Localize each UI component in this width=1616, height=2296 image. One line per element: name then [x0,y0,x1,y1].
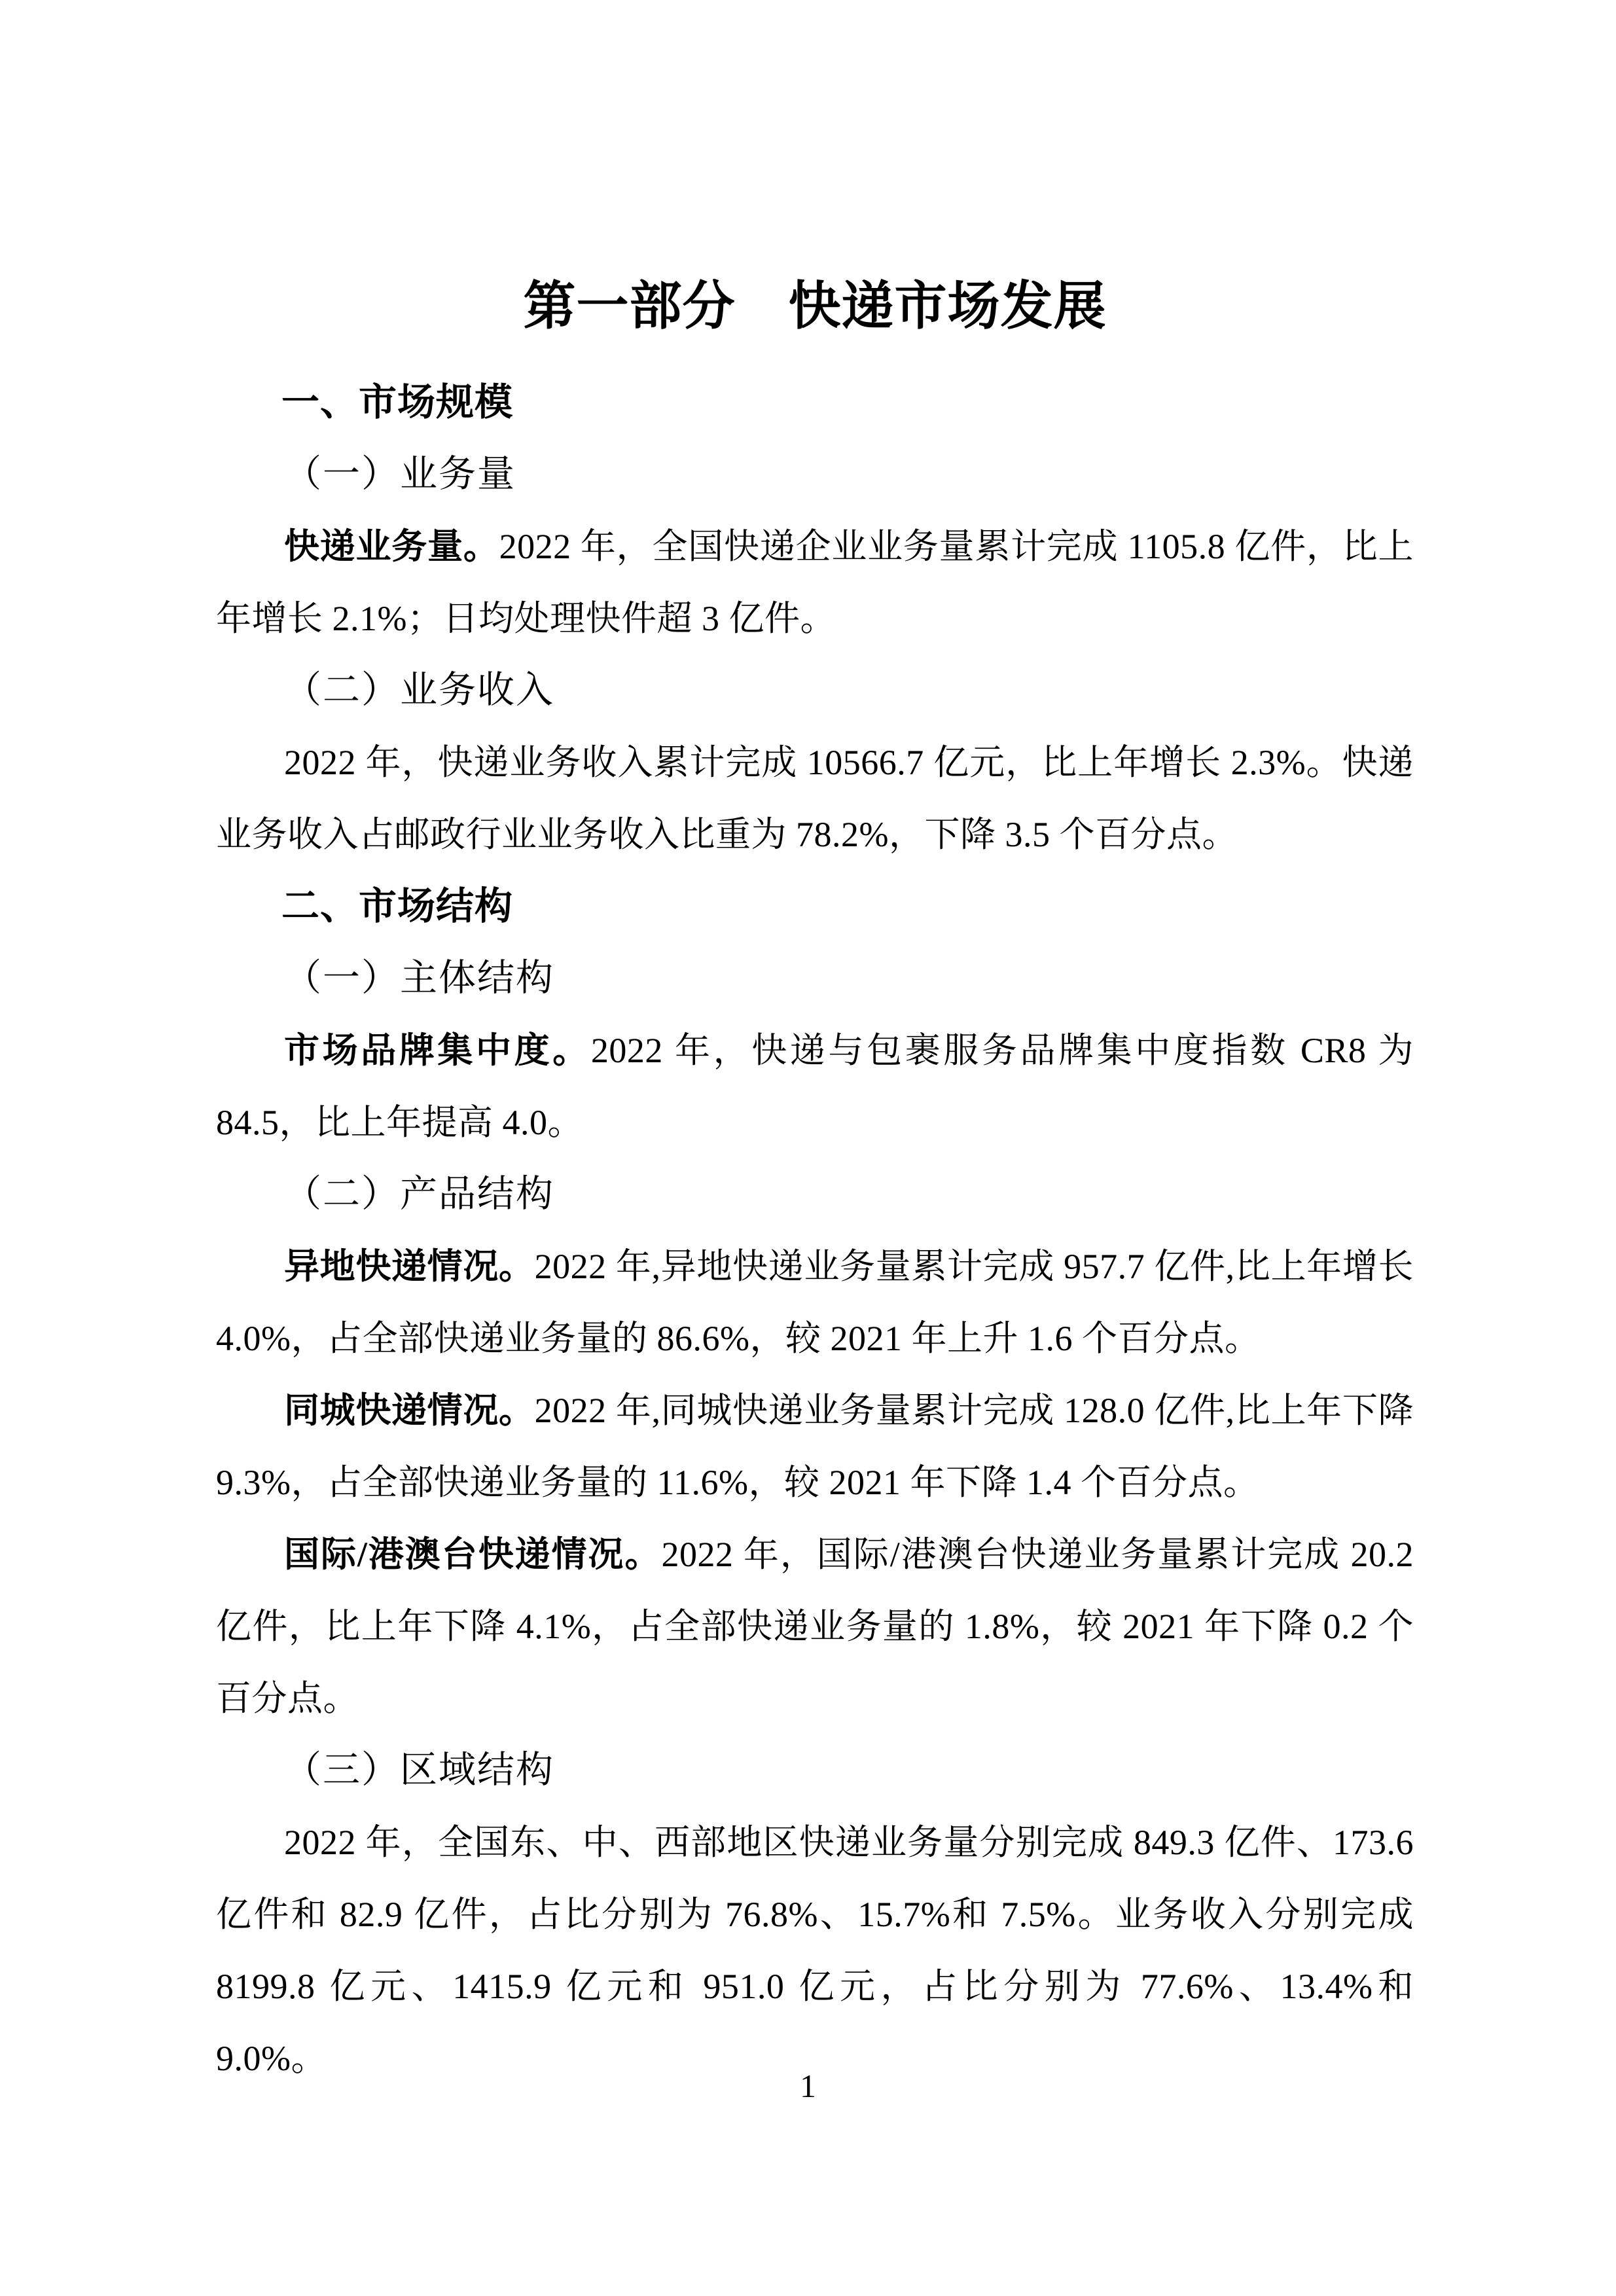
para-international-express: 国际/港澳台快递情况。2022 年，国际/港澳台快递业务量累计完成 20.2 亿… [216,1518,1414,1734]
para-express-volume-lead: 快递业务量。 [284,527,499,566]
para-intracity-express-lead: 同城快递情况。 [284,1391,535,1430]
para-express-volume: 快递业务量。2022 年，全国快递企业业务量累计完成 1105.8 亿件，比上年… [216,511,1414,655]
para-intracity-express: 同城快递情况。2022 年,同城快递业务量累计完成 128.0 亿件,比上年下降… [216,1374,1414,1518]
document-title: 第一部分 快递市场发展 [216,0,1414,347]
heading-market-scale: 一、市场规模 [216,367,1414,439]
heading-subject-structure: （一）主体结构 [216,942,1414,1014]
heading-product-structure: （二）产品结构 [216,1158,1414,1230]
heading-business-revenue: （二）业务收入 [216,655,1414,726]
para-business-revenue: 2022 年，快递业务收入累计完成 10566.7 亿元，比上年增长 2.3%。… [216,726,1414,870]
para-international-express-lead: 国际/港澳台快递情况。 [284,1535,661,1574]
para-intercity-express: 异地快递情况。2022 年,异地快递业务量累计完成 957.7 亿件,比上年增长… [216,1230,1414,1374]
heading-business-volume: （一）业务量 [216,439,1414,511]
para-brand-concentration-lead: 市场品牌集中度。 [284,1031,591,1070]
para-regional-structure-text: 2022 年，全国东、中、西部地区快递业务量分别完成 849.3 亿件、173.… [216,1823,1414,2078]
heading-regional-structure: （三）区域结构 [216,1734,1414,1806]
page-number: 1 [0,2050,1616,2122]
title-gap [216,347,1414,367]
para-intercity-express-lead: 异地快递情况。 [284,1247,535,1286]
para-business-revenue-text: 2022 年，快递业务收入累计完成 10566.7 亿元，比上年增长 2.3%。… [216,743,1414,854]
para-brand-concentration: 市场品牌集中度。2022 年，快递与包裹服务品牌集中度指数 CR8 为 84.5… [216,1014,1414,1158]
document-page: 第一部分 快递市场发展 一、市场规模 （一）业务量 快递业务量。2022 年，全… [0,0,1616,2296]
heading-market-structure: 二、市场结构 [216,870,1414,942]
page-content: 第一部分 快递市场发展 一、市场规模 （一）业务量 快递业务量。2022 年，全… [216,0,1414,2094]
